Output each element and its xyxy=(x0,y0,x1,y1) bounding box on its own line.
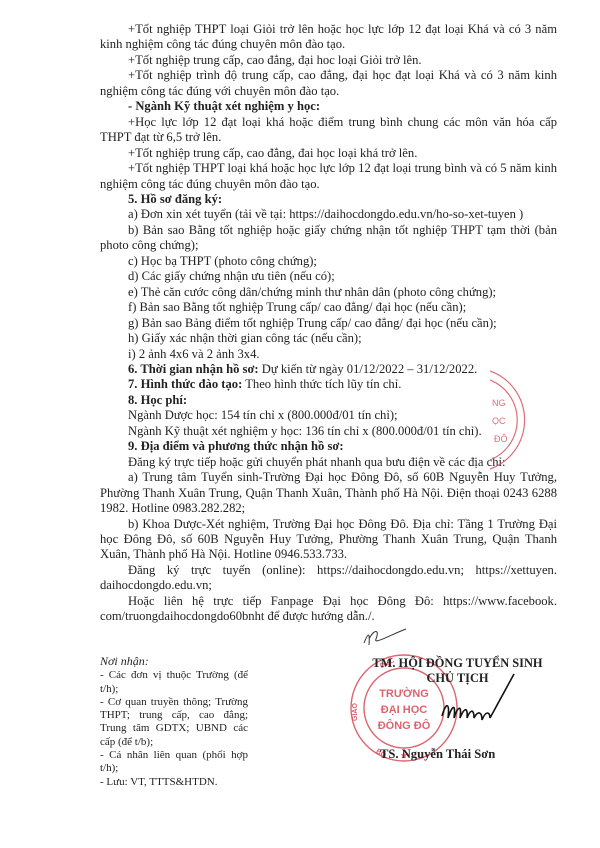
section-6-heading: 6. Thời gian nhận hồ sơ: xyxy=(128,362,259,376)
online-registration: Đăng ký trực tuyến (online): https://dai… xyxy=(100,563,557,594)
stamp-ring-left: GIÁO xyxy=(350,703,359,721)
stamp-line-1: TRƯỜNG xyxy=(379,687,429,700)
doc-item: e) Thẻ căn cước công dân/chứng minh thư … xyxy=(100,285,557,300)
recipient-item: - Cá nhân liên quan (phối hợp t/h); xyxy=(100,749,248,776)
signer-name: TS. Nguyễn Thái Sơn xyxy=(380,747,495,762)
paragraph: +Học lực lớp 12 đạt loại khá hoặc điểm t… xyxy=(100,115,557,146)
stamp-line-2: ĐẠI HỌC xyxy=(381,704,428,716)
section-6-text: Dự kiến từ ngày 01/12/2022 – 31/12/2022. xyxy=(259,362,478,376)
section-5-heading: 5. Hồ sơ đăng ký: xyxy=(100,192,557,207)
paragraph: Đăng ký trực tiếp hoặc gửi chuyển phát n… xyxy=(100,455,557,470)
initial-mark-icon xyxy=(360,625,410,651)
section-heading: - Ngành Kỹ thuật xét nghiệm y học: xyxy=(100,99,557,114)
paragraph: +Tốt nghiệp trung cấp, cao đẳng, đại hoc… xyxy=(100,53,557,68)
doc-item: a) Đơn xin xét tuyển (tải về tại: https:… xyxy=(100,207,557,222)
signature-org: TM. HỘI ĐỒNG TUYỂN SINH xyxy=(355,656,560,671)
doc-item: b) Bản sao Bằng tốt nghiệp hoặc giấy chứ… xyxy=(100,223,557,254)
fee-item: Ngành Kỹ thuật xét nghiệm y học: 136 tín… xyxy=(100,424,557,439)
section-7-heading: 7. Hình thức đào tạo: xyxy=(128,377,242,391)
recipient-item: - Cơ quan truyền thông; Trường THPT; tru… xyxy=(100,696,248,749)
section-7: 7. Hình thức đào tạo: Theo hình thức tíc… xyxy=(100,377,557,392)
paragraph: +Tốt nghiệp THPT loại Giỏi trở lên hoặc … xyxy=(100,22,557,53)
address-a: a) Trung tâm Tuyển sinh-Trường Đại học Đ… xyxy=(100,470,557,516)
section-8-heading: 8. Học phí: xyxy=(100,393,557,408)
signature-block: TM. HỘI ĐỒNG TUYỂN SINH CHỦ TỊCH xyxy=(355,656,560,685)
signature-role: CHỦ TỊCH xyxy=(355,671,560,686)
fee-item: Ngành Dược học: 154 tín chỉ x (800.000đ/… xyxy=(100,408,557,423)
document-body: +Tốt nghiệp THPT loại Giỏi trở lên hoặc … xyxy=(100,22,557,625)
paragraph: +Tốt nghiệp THPT loại khá hoặc học lực l… xyxy=(100,161,557,192)
fanpage-contact: Hoặc liên hệ trực tiếp Fanpage Đại học Đ… xyxy=(100,594,557,625)
section-9-heading: 9. Địa điểm và phương thức nhận hồ sơ: xyxy=(100,439,557,454)
recipient-item: - Các đơn vị thuộc Trường (để t/h); xyxy=(100,669,248,696)
doc-item: g) Bản sao Bảng điểm tốt nghiệp Trung cấ… xyxy=(100,316,557,331)
paragraph: +Tốt nghiệp trình độ trung cấp, cao đẳng… xyxy=(100,68,557,99)
doc-item: i) 2 ảnh 4x6 và 2 ảnh 3x4. xyxy=(100,347,557,362)
recipient-item: - Lưu: VT, TTTS&HTDN. xyxy=(100,776,248,789)
paragraph: +Tốt nghiệp trung cấp, cao đẳng, đai học… xyxy=(100,146,557,161)
address-b: b) Khoa Dược-Xét nghiệm, Trường Đại học … xyxy=(100,517,557,563)
section-6: 6. Thời gian nhận hồ sơ: Dự kiến từ ngày… xyxy=(100,362,557,377)
doc-item: c) Học bạ THPT (photo công chứng); xyxy=(100,254,557,269)
recipients-title: Nơi nhận: xyxy=(100,655,248,668)
section-7-text: Theo hình thức tích lũy tín chỉ. xyxy=(242,377,401,391)
stamp-line-3: ĐÔNG ĐÔ xyxy=(378,719,431,732)
doc-item: h) Giấy xác nhận thời gian công tác (nếu… xyxy=(100,331,557,346)
recipients-block: Nơi nhận: - Các đơn vị thuộc Trường (để … xyxy=(100,655,248,789)
doc-item: f) Bản sao Bằng tốt nghiệp Trung cấp/ ca… xyxy=(100,300,557,315)
doc-item: d) Các giấy chứng nhận ưu tiên (nếu có); xyxy=(100,269,557,284)
